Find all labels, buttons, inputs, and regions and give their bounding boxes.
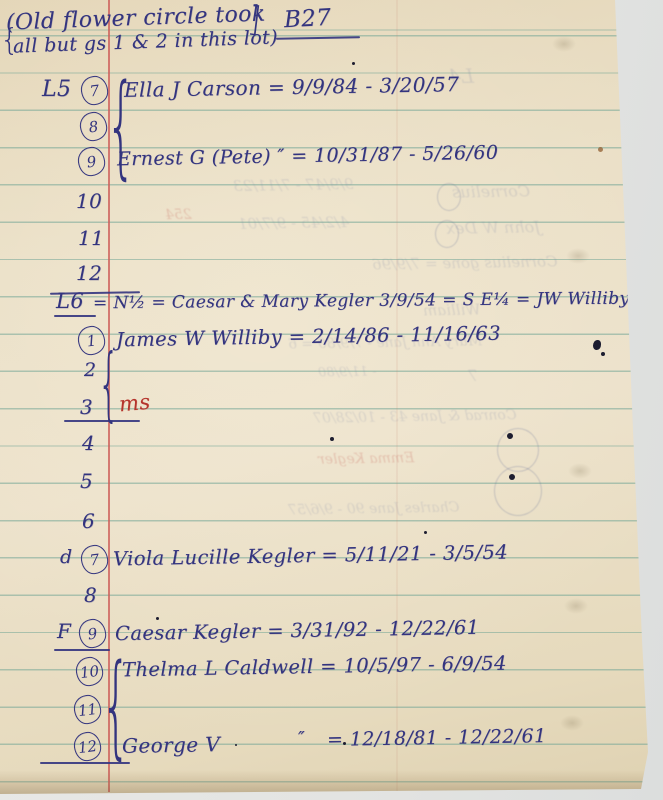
- ink-dot: [352, 62, 355, 65]
- row-number-3: 3: [80, 397, 93, 417]
- bleedthrough-text: - 11/9/80: [318, 365, 377, 379]
- row-number-11: 11: [78, 228, 104, 248]
- underline: [54, 315, 96, 317]
- lot5-label: L5: [42, 79, 71, 101]
- underline: [64, 420, 140, 422]
- bleedthrough-circle: [435, 220, 459, 248]
- row-number-6: 6: [82, 511, 95, 531]
- grouping-brace: {: [98, 344, 119, 424]
- row-number-4: 4: [82, 433, 95, 453]
- ink-dot: [330, 437, 334, 441]
- ink-dot: [509, 474, 515, 480]
- ink-dot: [343, 742, 346, 745]
- bleedthrough-text: 9/9/47 - 7/11/23: [233, 177, 354, 194]
- prefix-f: F: [57, 621, 71, 641]
- red-ms-note: ms: [118, 392, 151, 416]
- paper-wrinkle: [552, 36, 576, 52]
- row-number-12: 12: [76, 263, 102, 283]
- entry-george-v-dates: = 12/18/81 - 12/22/61: [327, 727, 547, 750]
- row-number-5: 5: [80, 471, 93, 491]
- lot6-label: L6: [56, 291, 84, 312]
- bleedthrough-text: John W Dex: [446, 219, 541, 237]
- ditto-mark: ″: [298, 730, 305, 748]
- notebook-paper: L4 Cornelius John W Dex Cornelius gone =…: [0, 0, 650, 796]
- bleedthrough-text: 7: [468, 368, 478, 384]
- bleedthrough-text-red: 254: [165, 208, 192, 222]
- bleedthrough-text: Conrad & Jane 43 - 10/28/07: [313, 408, 517, 426]
- underline: [40, 762, 130, 764]
- scanned-notebook-page: L4 Cornelius John W Dex Cornelius gone =…: [0, 0, 663, 800]
- prefix-d: d: [60, 548, 73, 567]
- bleedthrough-text-red: Emma Kegler: [318, 451, 415, 467]
- rust-stain: [598, 147, 603, 152]
- plot-reference: B27: [283, 7, 332, 32]
- bleedthrough-text: 4/2/45 - 9/7/01: [238, 215, 349, 232]
- bleedthrough-circle: [437, 183, 461, 211]
- entry-ella-carson: Ella J Carson = 9/9/84 - 3/20/57: [124, 74, 460, 100]
- bleedthrough-circle: [494, 466, 542, 516]
- paper-wrinkle: [568, 463, 592, 479]
- bleedthrough-text: Cornelius gone = 7/9/96: [372, 254, 558, 272]
- paper-wrinkle: [564, 598, 588, 614]
- lot6-heading: = N½ = Caesar & Mary Kegler 3/9/54 = S E…: [93, 291, 630, 313]
- ink-dot: [235, 744, 237, 746]
- paper-wrinkle: [560, 715, 584, 731]
- row-number-8: 8: [84, 585, 97, 605]
- row-number-2: 2: [84, 361, 97, 380]
- ink-dot: [601, 352, 605, 356]
- ink-dot: [424, 531, 427, 534]
- bleedthrough-text: Cornelius: [452, 183, 530, 200]
- ink-dot: [507, 433, 513, 439]
- entry-george-v-name: George V: [122, 734, 220, 756]
- bottom-fold-shadow: [0, 770, 650, 794]
- paper-wrinkle: [566, 248, 590, 264]
- row-number-10: 10: [76, 191, 102, 211]
- ink-dot: [156, 617, 159, 620]
- bleedthrough-text: Charles Jane 90 - 9/6/57: [288, 501, 460, 518]
